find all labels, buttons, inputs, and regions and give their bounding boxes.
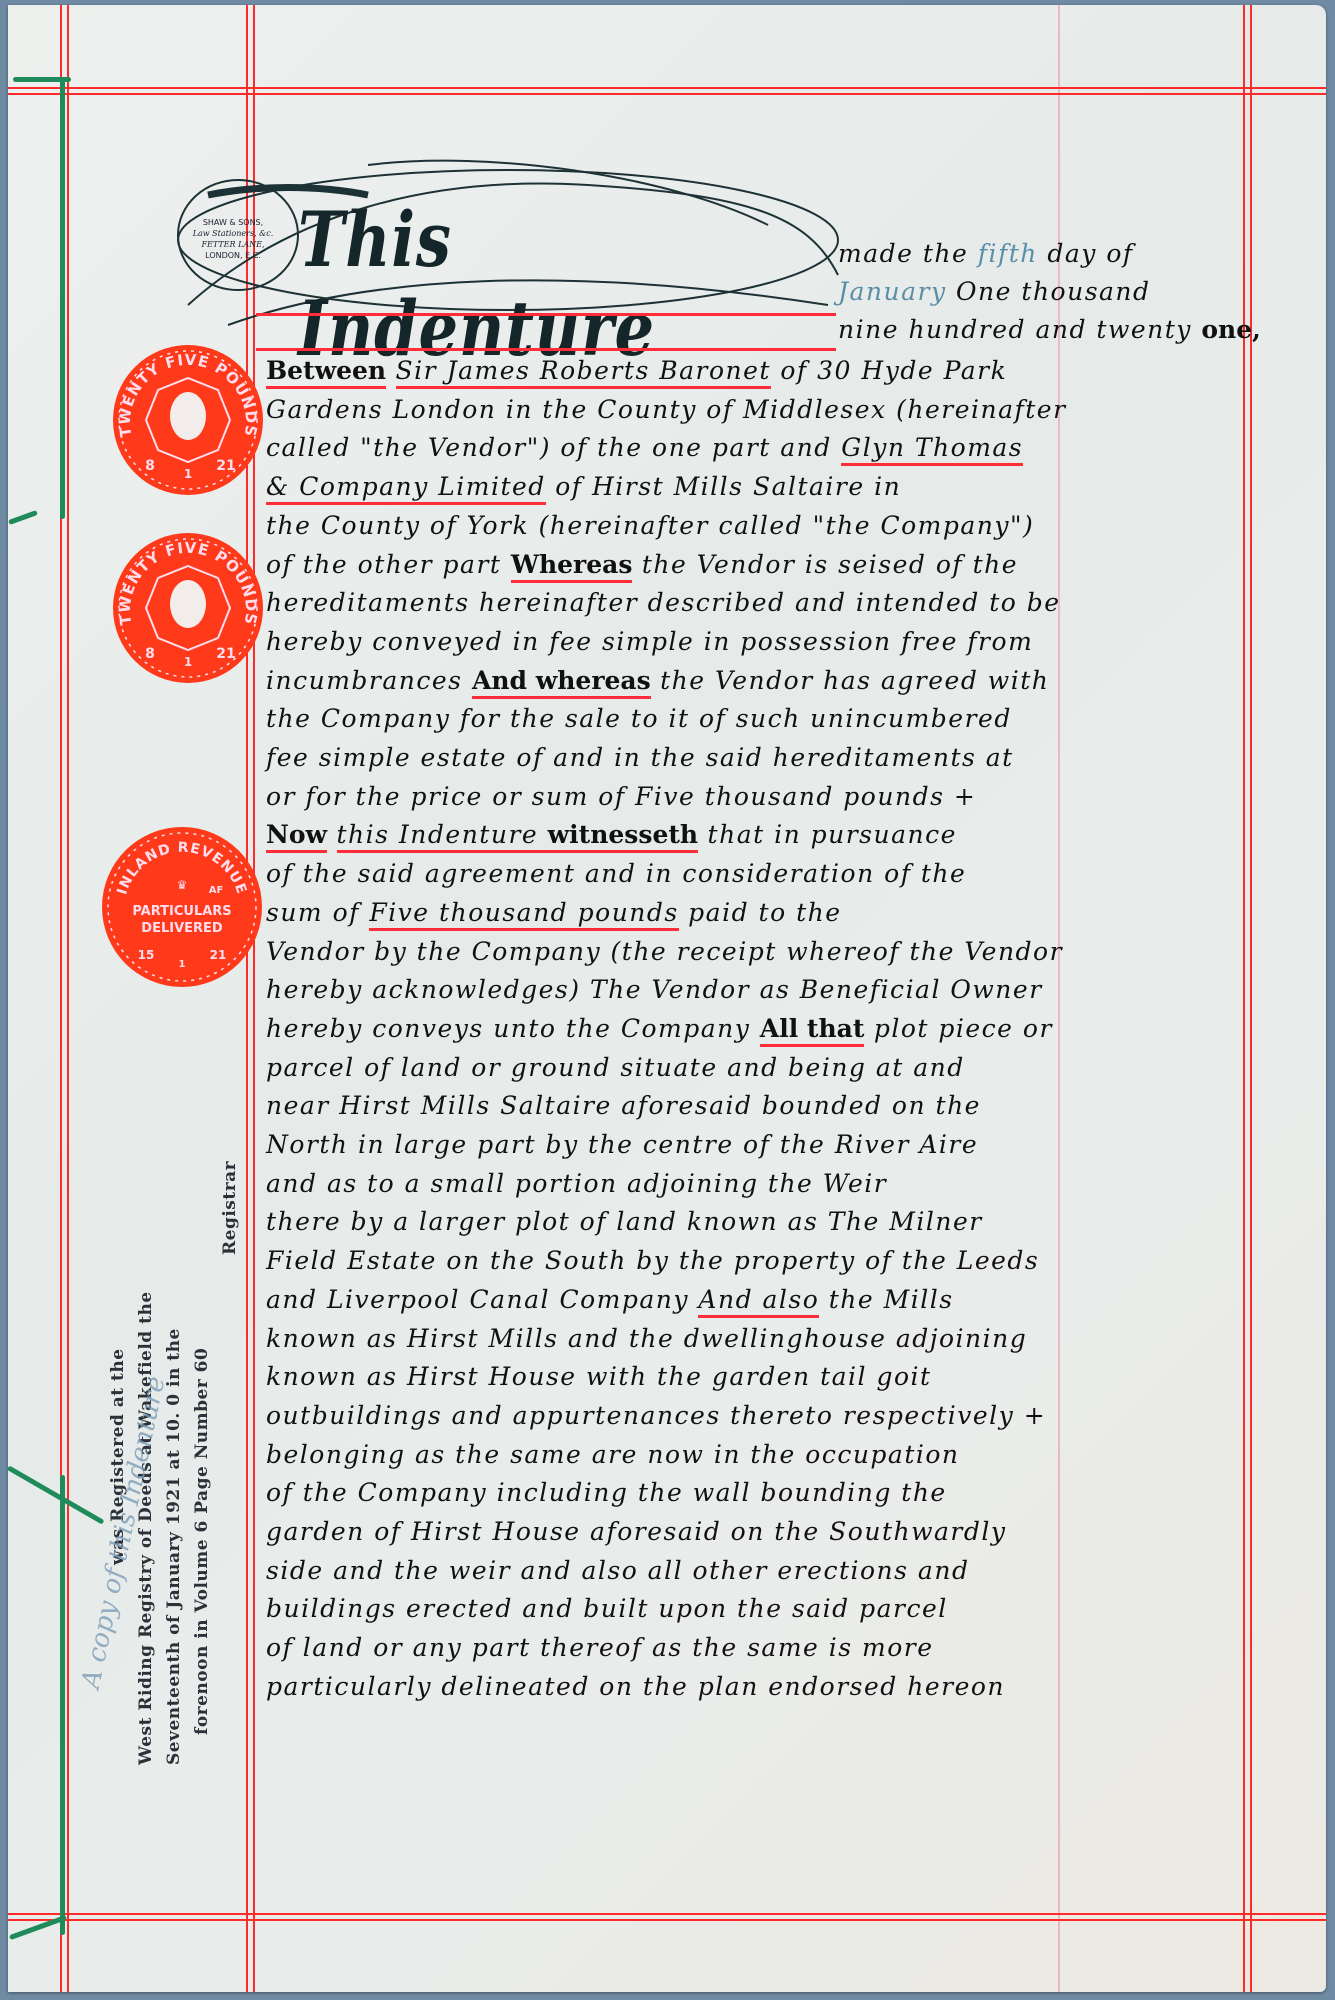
text-segment: Gardens London in the County of Middlese… — [266, 395, 1067, 424]
text-line: incumbrances And whereas the Vendor has … — [266, 666, 1049, 695]
text-line: belonging as the same are now in the occ… — [266, 1440, 960, 1469]
text-segment: side and the weir and also all other ere… — [266, 1556, 969, 1585]
text-segment: this Indenture — [337, 820, 548, 853]
text-segment: of the Company including the wall boundi… — [266, 1478, 947, 1507]
svg-text:8: 8 — [145, 458, 155, 474]
text-line: & Company Limited of Hirst Mills Saltair… — [266, 472, 901, 501]
top-rule — [8, 87, 1326, 95]
stationer-trade: Law Stationers, &c. — [178, 228, 288, 239]
text-line: made the fifth day of — [838, 239, 1134, 268]
text-line: hereby conveyed in fee simple in possess… — [266, 627, 1033, 656]
text-line: Field Estate on the South by the propert… — [266, 1246, 1039, 1275]
text-line: sum of Five thousand pounds paid to the — [266, 898, 842, 927]
text-line: of the other part Whereas the Vendor is … — [266, 550, 1018, 579]
text-segment: Field Estate on the South by the propert… — [266, 1246, 1039, 1275]
text-segment: of Hirst Mills Saltaire in — [546, 472, 901, 501]
text-segment — [327, 820, 336, 849]
text-line: particularly delineated on the plan endo… — [266, 1672, 1005, 1701]
text-segment: called "the Vendor") of the one part and — [266, 433, 841, 462]
text-line: and Liverpool Canal Company And also the… — [266, 1285, 954, 1314]
text-segment: near Hirst Mills Saltaire aforesaid boun… — [266, 1091, 981, 1120]
text-segment: the Vendor has agreed with — [651, 666, 1050, 695]
text-line: January One thousand — [838, 277, 1151, 306]
text-line: of land or any part thereof as the same … — [266, 1633, 934, 1662]
text-segment — [386, 356, 395, 385]
indenture-page: SHAW & SONS, Law Stationers, &c. FETTER … — [8, 5, 1326, 1992]
text-segment: hereby acknowledges) The Vendor as Benef… — [266, 975, 1043, 1004]
text-segment: there by a larger plot of land known as … — [266, 1207, 983, 1236]
text-line: outbuildings and appurtenances thereto r… — [266, 1401, 1046, 1430]
text-segment: North in large part by the centre of the… — [266, 1130, 978, 1159]
text-segment: One thousand — [947, 277, 1151, 306]
text-segment: and as to a small portion adjoining the … — [266, 1169, 887, 1198]
text-segment: known as Hirst House with the garden tai… — [266, 1362, 932, 1391]
inland-revenue-stamp: INLAND REVENUE ♛ AF PARTICULARS DELIVERE… — [102, 827, 262, 987]
stationer-city: LONDON, E.C. — [178, 250, 288, 261]
text-segment: Now — [266, 820, 327, 853]
registry-stamp-line: forenoon in Volume 6 Page Number 60 — [192, 1348, 212, 1735]
text-segment: hereby conveyed in fee simple in possess… — [266, 627, 1033, 656]
text-segment: & Company Limited — [266, 472, 546, 505]
text-line: North in large part by the centre of the… — [266, 1130, 978, 1159]
text-segment: the County of York (hereinafter called "… — [266, 511, 1034, 540]
text-segment: paid to the — [679, 898, 842, 927]
text-segment: And also — [698, 1285, 819, 1318]
text-segment: buildings erected and built upon the sai… — [266, 1594, 948, 1623]
text-line: and as to a small portion adjoining the … — [266, 1169, 887, 1198]
text-segment: particularly delineated on the plan endo… — [266, 1672, 1005, 1701]
binding-thread — [60, 79, 65, 519]
text-line: the Company for the sale to it of such u… — [266, 704, 1012, 733]
text-segment: day of — [1038, 239, 1134, 268]
binding-thread — [60, 1475, 65, 1935]
duty-stamp: TWENTY FIVE POUNDS 8 1 21 — [113, 345, 263, 495]
heading-underline — [256, 313, 836, 316]
margin-rule-right — [1243, 5, 1252, 1992]
text-line: Between Sir James Roberts Baronet of 30 … — [266, 356, 1007, 385]
text-line: Gardens London in the County of Middlese… — [266, 395, 1067, 424]
svg-text:1: 1 — [184, 655, 192, 669]
text-segment: Whereas — [511, 550, 633, 583]
svg-text:AF: AF — [209, 885, 224, 896]
registry-stamp-line: Registrar — [220, 1161, 240, 1255]
text-segment: Vendor by the Company (the receipt where… — [266, 937, 1063, 966]
indenture-heading: SHAW & SONS, Law Stationers, &c. FETTER … — [168, 155, 848, 335]
text-segment: belonging as the same are now in the occ… — [266, 1440, 960, 1469]
svg-text:DELIVERED: DELIVERED — [141, 921, 223, 936]
text-line: or for the price or sum of Five thousand… — [266, 782, 976, 811]
svg-text:21: 21 — [216, 458, 235, 474]
text-line: hereditaments hereinafter described and … — [266, 588, 1061, 617]
text-segment: Sir James Roberts Baronet — [396, 356, 771, 389]
text-segment: plot piece or — [864, 1014, 1053, 1043]
text-line: known as Hirst Mills and the dwellinghou… — [266, 1324, 1027, 1353]
text-segment: or for the price or sum of Five thousand… — [266, 782, 976, 811]
svg-text:♛: ♛ — [177, 878, 188, 892]
text-segment: hereditaments hereinafter described and … — [266, 588, 1061, 617]
text-line: there by a larger plot of land known as … — [266, 1207, 983, 1236]
svg-text:21: 21 — [210, 948, 227, 962]
text-segment: parcel of land or ground situate and bei… — [266, 1053, 965, 1082]
stationer-name: SHAW & SONS, — [178, 217, 288, 228]
text-segment: and Liverpool Canal Company — [266, 1285, 698, 1314]
text-segment: Between — [266, 356, 386, 389]
page-title: This Indenture — [298, 195, 749, 373]
text-segment: fee simple estate of and in the said her… — [266, 743, 1014, 772]
text-line: garden of Hirst House aforesaid on the S… — [266, 1517, 1006, 1546]
text-segment: made the — [838, 239, 978, 268]
text-segment: of 30 Hyde Park — [771, 356, 1007, 385]
text-segment: incumbrances — [266, 666, 472, 695]
binding-thread — [7, 1465, 105, 1524]
bottom-rule — [8, 1913, 1326, 1921]
text-line: known as Hirst House with the garden tai… — [266, 1362, 932, 1391]
text-line: Now this Indenture witnesseth that in pu… — [266, 820, 957, 849]
text-segment: the Company for the sale to it of such u… — [266, 704, 1012, 733]
text-line: the County of York (hereinafter called "… — [266, 511, 1034, 540]
text-line: buildings erected and built upon the sai… — [266, 1594, 948, 1623]
text-segment: hereby conveys unto the Company — [266, 1014, 760, 1043]
text-segment: Five thousand pounds — [369, 898, 678, 931]
text-segment: fifth — [978, 239, 1038, 268]
svg-text:15: 15 — [138, 948, 155, 962]
heading-underline — [256, 348, 836, 351]
svg-text:1: 1 — [179, 959, 186, 970]
svg-text:8: 8 — [145, 646, 155, 662]
text-line: parcel of land or ground situate and bei… — [266, 1053, 965, 1082]
text-segment: garden of Hirst House aforesaid on the S… — [266, 1517, 1006, 1546]
text-line: nine hundred and twenty one, — [838, 315, 1261, 344]
stationer-mark: SHAW & SONS, Law Stationers, &c. FETTER … — [178, 217, 288, 261]
text-line: near Hirst Mills Saltaire aforesaid boun… — [266, 1091, 981, 1120]
text-line: of the said agreement and in considerati… — [266, 859, 966, 888]
text-line: called "the Vendor") of the one part and… — [266, 433, 1023, 462]
text-line: Vendor by the Company (the receipt where… — [266, 937, 1063, 966]
duty-stamp: TWENTY FIVE POUNDS 8 1 21 — [113, 533, 263, 683]
text-line: fee simple estate of and in the said her… — [266, 743, 1014, 772]
text-segment: of the other part — [266, 550, 511, 579]
text-segment: of the said agreement and in considerati… — [266, 859, 966, 888]
text-line: side and the weir and also all other ere… — [266, 1556, 969, 1585]
text-segment: the Vendor is seised of the — [632, 550, 1018, 579]
text-segment: All that — [760, 1014, 865, 1047]
binding-thread — [8, 510, 38, 525]
text-segment: one, — [1201, 315, 1260, 344]
text-segment: known as Hirst Mills and the dwellinghou… — [266, 1324, 1027, 1353]
svg-text:1: 1 — [184, 467, 192, 481]
text-segment: outbuildings and appurtenances thereto r… — [266, 1401, 1046, 1430]
text-segment: sum of — [266, 898, 369, 927]
text-segment: January — [838, 277, 947, 306]
text-segment: the Mills — [819, 1285, 953, 1314]
text-line: hereby acknowledges) The Vendor as Benef… — [266, 975, 1043, 1004]
text-line: hereby conveys unto the Company All that… — [266, 1014, 1053, 1043]
text-segment: Glyn Thomas — [841, 433, 1023, 466]
svg-text:21: 21 — [216, 646, 235, 662]
text-line: of the Company including the wall boundi… — [266, 1478, 947, 1507]
text-segment: witnesseth — [548, 820, 698, 853]
text-segment: that in pursuance — [698, 820, 957, 849]
text-segment: of land or any part thereof as the same … — [266, 1633, 934, 1662]
text-segment: nine hundred and twenty — [838, 315, 1201, 344]
svg-text:PARTICULARS: PARTICULARS — [132, 904, 231, 919]
text-segment: And whereas — [472, 666, 651, 699]
stationer-street: FETTER LANE, — [178, 239, 288, 250]
